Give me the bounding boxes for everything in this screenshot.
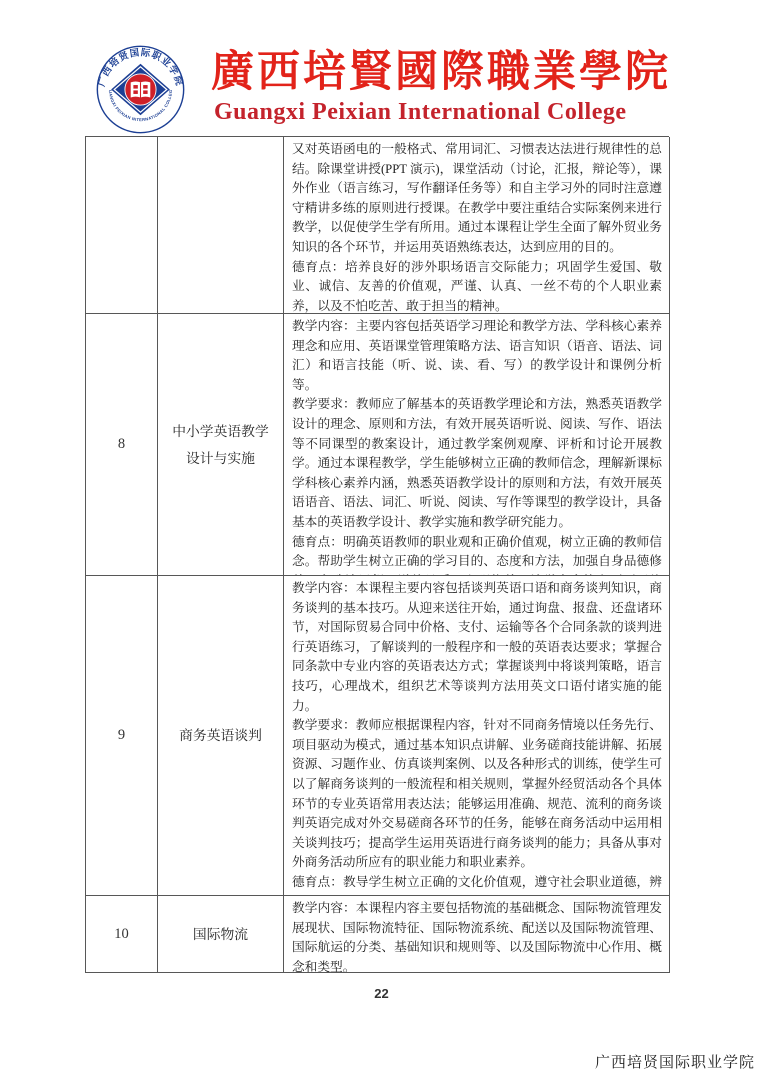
course-description-cell: 教学内容：主要内容包括英语学习理论和教学方法、学科核心素养理念和应用、英语课堂管… [284, 314, 670, 576]
watermark: 广西培贤国际职业学院 [595, 1051, 755, 1072]
course-name-cell: 国际物流 [158, 896, 284, 973]
course-table: 又对英语函电的一般格式、常用词汇、习惯表达法进行规律性的总结。除课堂讲授(PPT… [85, 136, 669, 973]
book-icon [131, 81, 151, 97]
college-seal-logo: 广西培贤国际职业学院 GUANGXI PEIXIAN INTERNATIONAL… [96, 45, 185, 134]
course-description-cell: 又对英语函电的一般格式、常用词汇、习惯表达法进行规律性的总结。除课堂讲授(PPT… [284, 137, 670, 314]
row-number-cell: 9 [86, 576, 158, 896]
course-name-cell: 中小学英语教学设计与实施 [158, 314, 284, 576]
row-number-cell: 10 [86, 896, 158, 973]
row-number-cell [86, 137, 158, 314]
course-name-cell: 商务英语谈判 [158, 576, 284, 896]
college-name-zh: 廣西培賢國際職業學院 [211, 47, 681, 99]
document-page: 广西培贤国际职业学院 GUANGXI PEIXIAN INTERNATIONAL… [0, 0, 763, 1080]
course-name-cell [158, 137, 284, 314]
page-number: 22 [0, 986, 763, 1001]
college-name-en: Guangxi Peixian International College [214, 99, 627, 126]
course-description-cell: 教学内容：本课程主要内容包括谈判英语口语和商务谈判知识，商务谈判的基本技巧。从迎… [284, 576, 670, 896]
row-number-cell: 8 [86, 314, 158, 576]
course-description-cell: 教学内容：本课程内容主要包括物流的基础概念、国际物流管理发展现状、国际物流特征、… [284, 896, 670, 973]
